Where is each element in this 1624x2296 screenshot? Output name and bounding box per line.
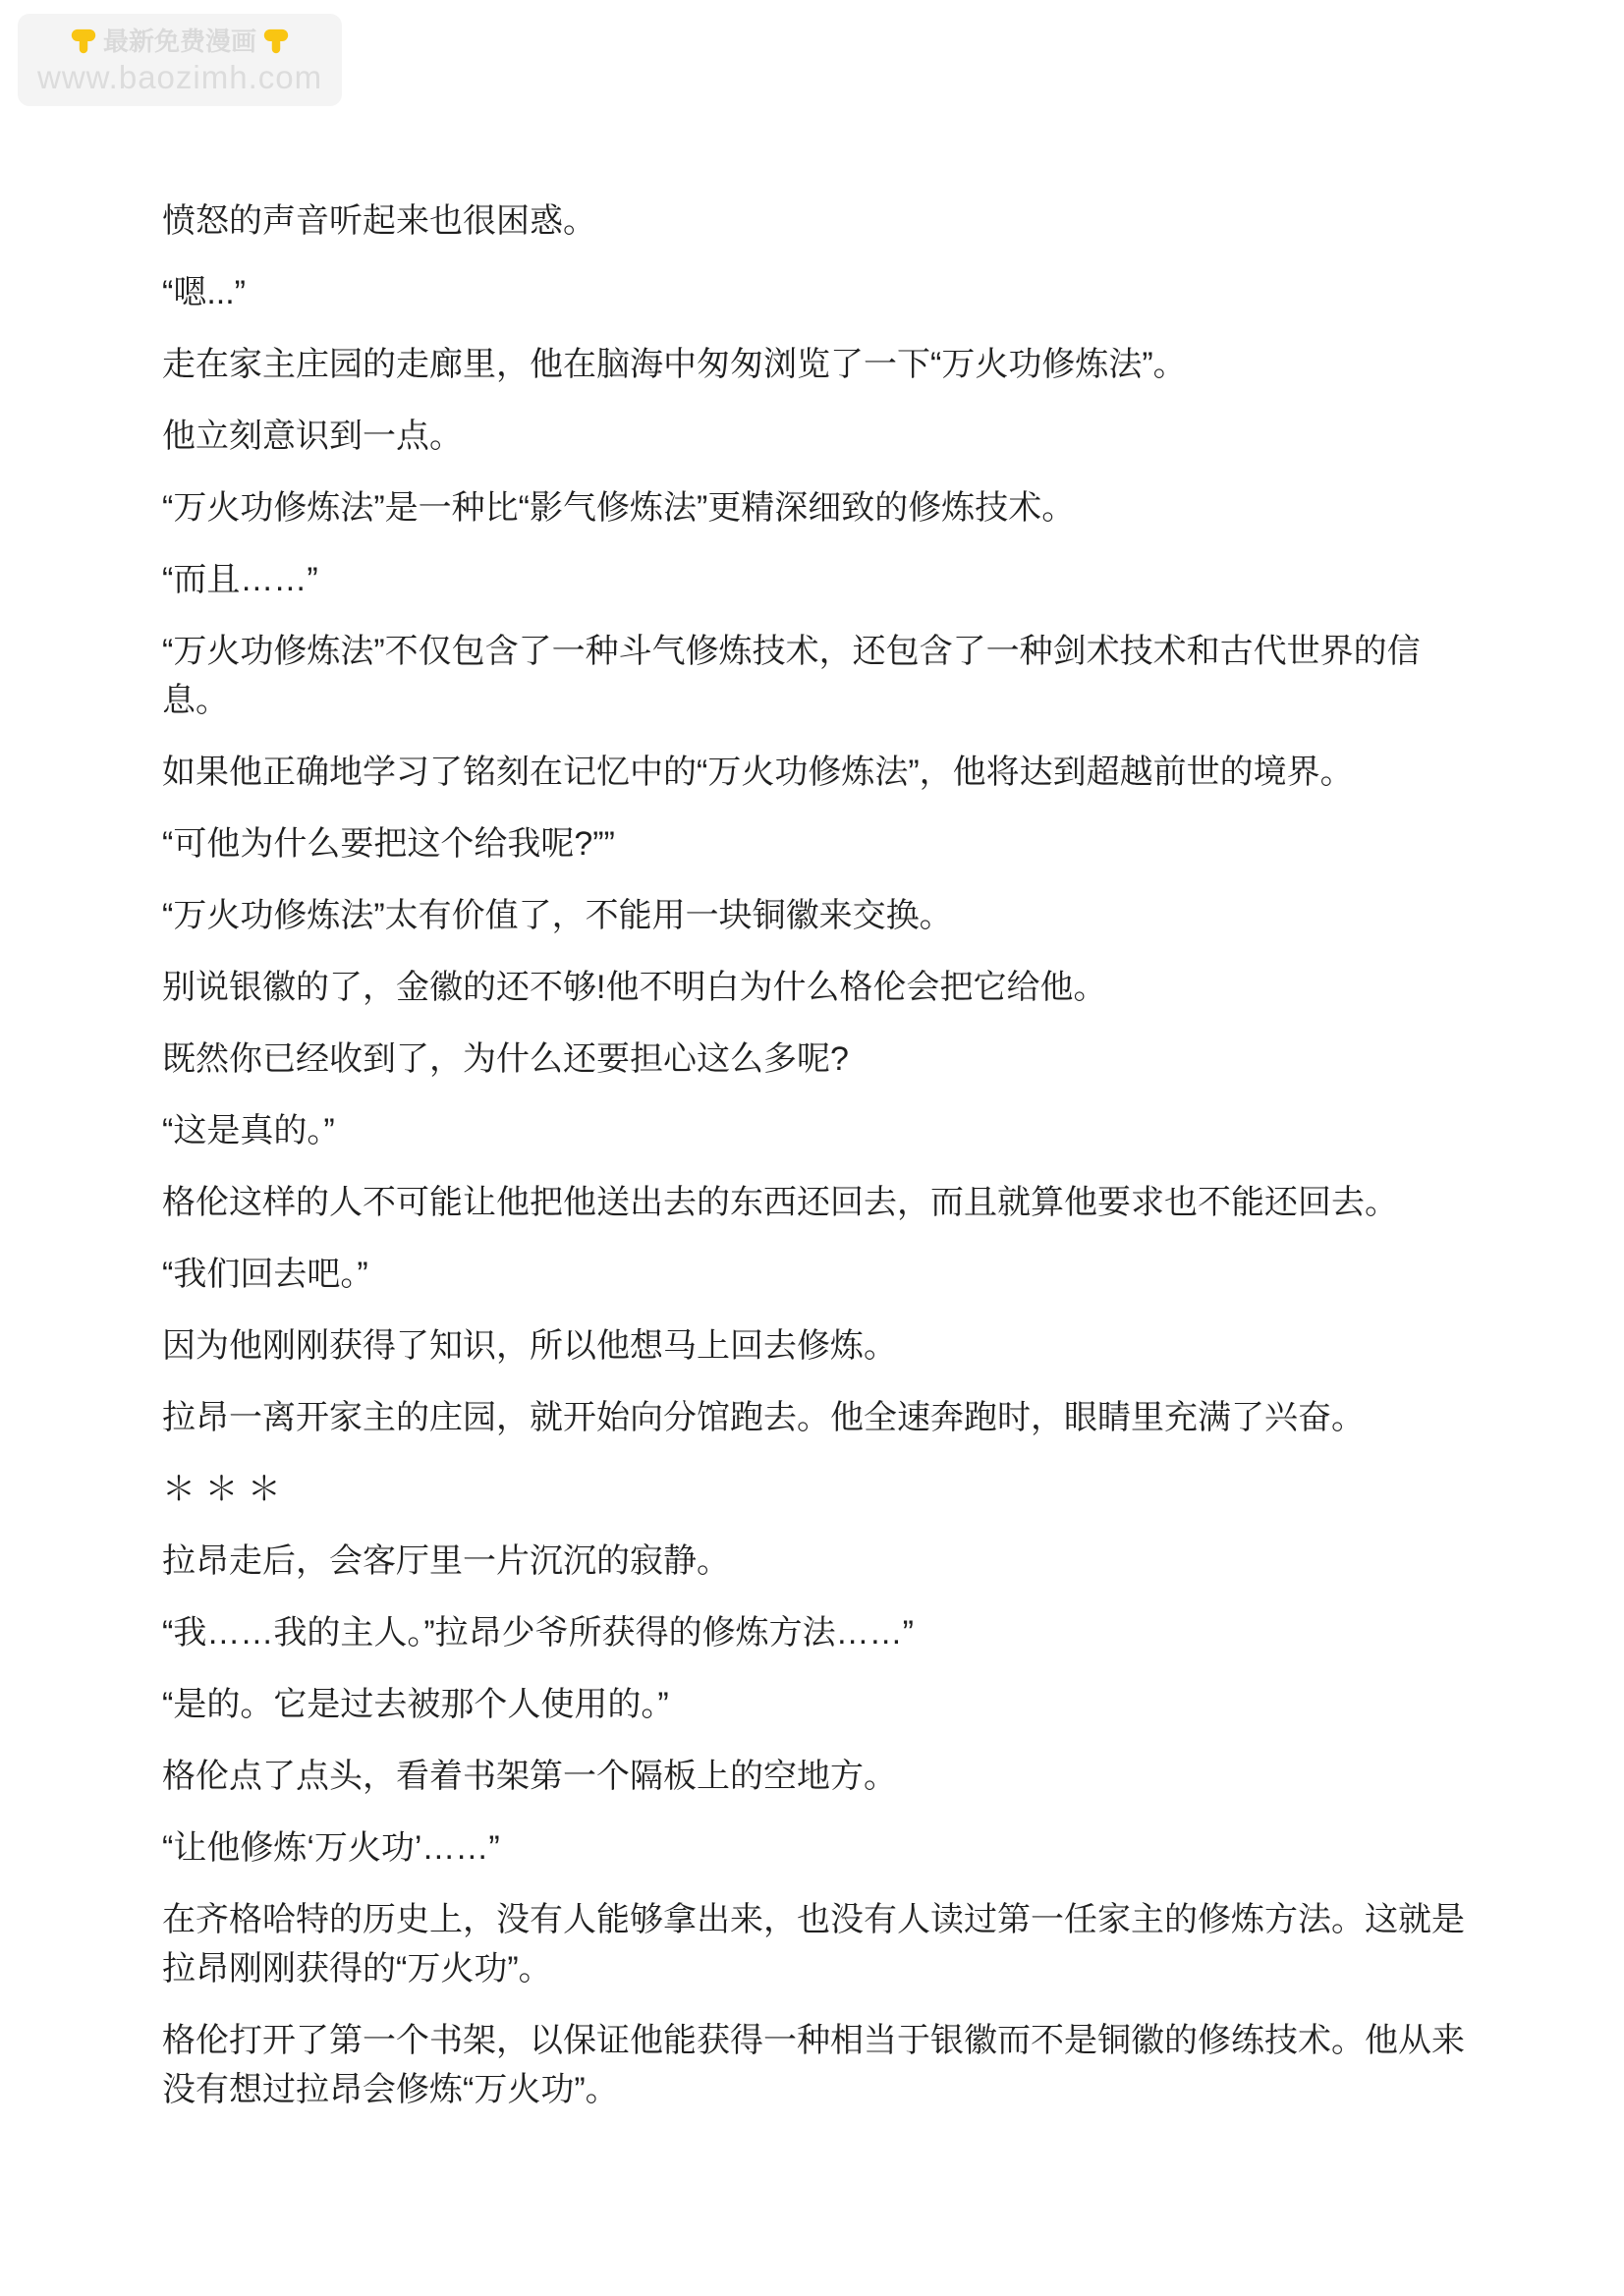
novel-paragraph: 格伦这样的人不可能让他把他送出去的东西还回去，而且就算他要求也不能还回去。 [162,1178,1471,1227]
novel-text: 愤怒的声音听起来也很困惑。 “嗯...” 走在家主庄园的走廊里，他在脑海中匆匆浏… [162,196,1471,2137]
watermark-url: www.baozimh.com [37,59,322,96]
novel-paragraph: 拉昂一离开家主的庄园，就开始向分馆跑去。他全速奔跑时，眼睛里充满了兴奋。 [162,1393,1471,1442]
novel-paragraph: “而且……” [162,555,1471,604]
novel-paragraph: 既然你已经收到了，为什么还要担心这么多呢? [162,1035,1471,1084]
site-watermark: 最新免费漫画 www.baozimh.com [18,14,342,106]
novel-paragraph: “可他为什么要把这个给我呢?”” [162,819,1471,868]
novel-paragraph: 拉昂走后，会客厅里一片沉沉的寂静。 [162,1537,1471,1586]
novel-paragraph: “让他修炼‘万火功’……” [162,1823,1471,1873]
novel-paragraph: 在齐格哈特的历史上，没有人能够拿出来，也没有人读过第一任家主的修炼方法。这就是拉… [162,1895,1471,1993]
novel-paragraph: “万火功修炼法”是一种比“影气修炼法”更精深细致的修炼技术。 [162,483,1471,532]
novel-paragraph: 格伦打开了第一个书架，以保证他能获得一种相当于银徽而不是铜徽的修练技术。他从来没… [162,2016,1471,2114]
novel-paragraph: 走在家主庄园的走廊里，他在脑海中匆匆浏览了一下“万火功修炼法”。 [162,340,1471,389]
novel-paragraph: 如果他正确地学习了铭刻在记忆中的“万火功修炼法”，他将达到超越前世的境界。 [162,748,1471,797]
novel-paragraph: 因为他刚刚获得了知识，所以他想马上回去修炼。 [162,1321,1471,1371]
watermark-text: 最新免费漫画 [103,26,256,57]
novel-paragraph: “我……我的主人。”拉昂少爷所获得的修炼方法……” [162,1608,1471,1657]
novel-paragraph: “万火功修炼法”太有价值了，不能用一块铜徽来交换。 [162,891,1471,940]
section-separator: ＊ ＊ ＊ [162,1465,1471,1514]
novel-paragraph: 格伦点了点头，看着书架第一个隔板上的空地方。 [162,1752,1471,1801]
novel-paragraph: “这是真的。” [162,1106,1471,1155]
novel-paragraph: “是的。它是过去被那个人使用的。” [162,1680,1471,1729]
novel-paragraph: “我们回去吧。” [162,1250,1471,1299]
novel-paragraph: “嗯...” [162,268,1471,317]
point-down-icon [69,27,98,56]
novel-paragraph: 愤怒的声音听起来也很困惑。 [162,196,1471,246]
watermark-title-row: 最新免费漫画 [37,26,322,57]
novel-paragraph: “万火功修炼法”不仅包含了一种斗气修炼技术，还包含了一种剑术技术和古代世界的信息… [162,627,1471,725]
novel-paragraph: 他立刻意识到一点。 [162,412,1471,461]
point-down-icon [261,27,291,56]
novel-paragraph: 别说银徽的了，金徽的还不够!他不明白为什么格伦会把它给他。 [162,963,1471,1012]
